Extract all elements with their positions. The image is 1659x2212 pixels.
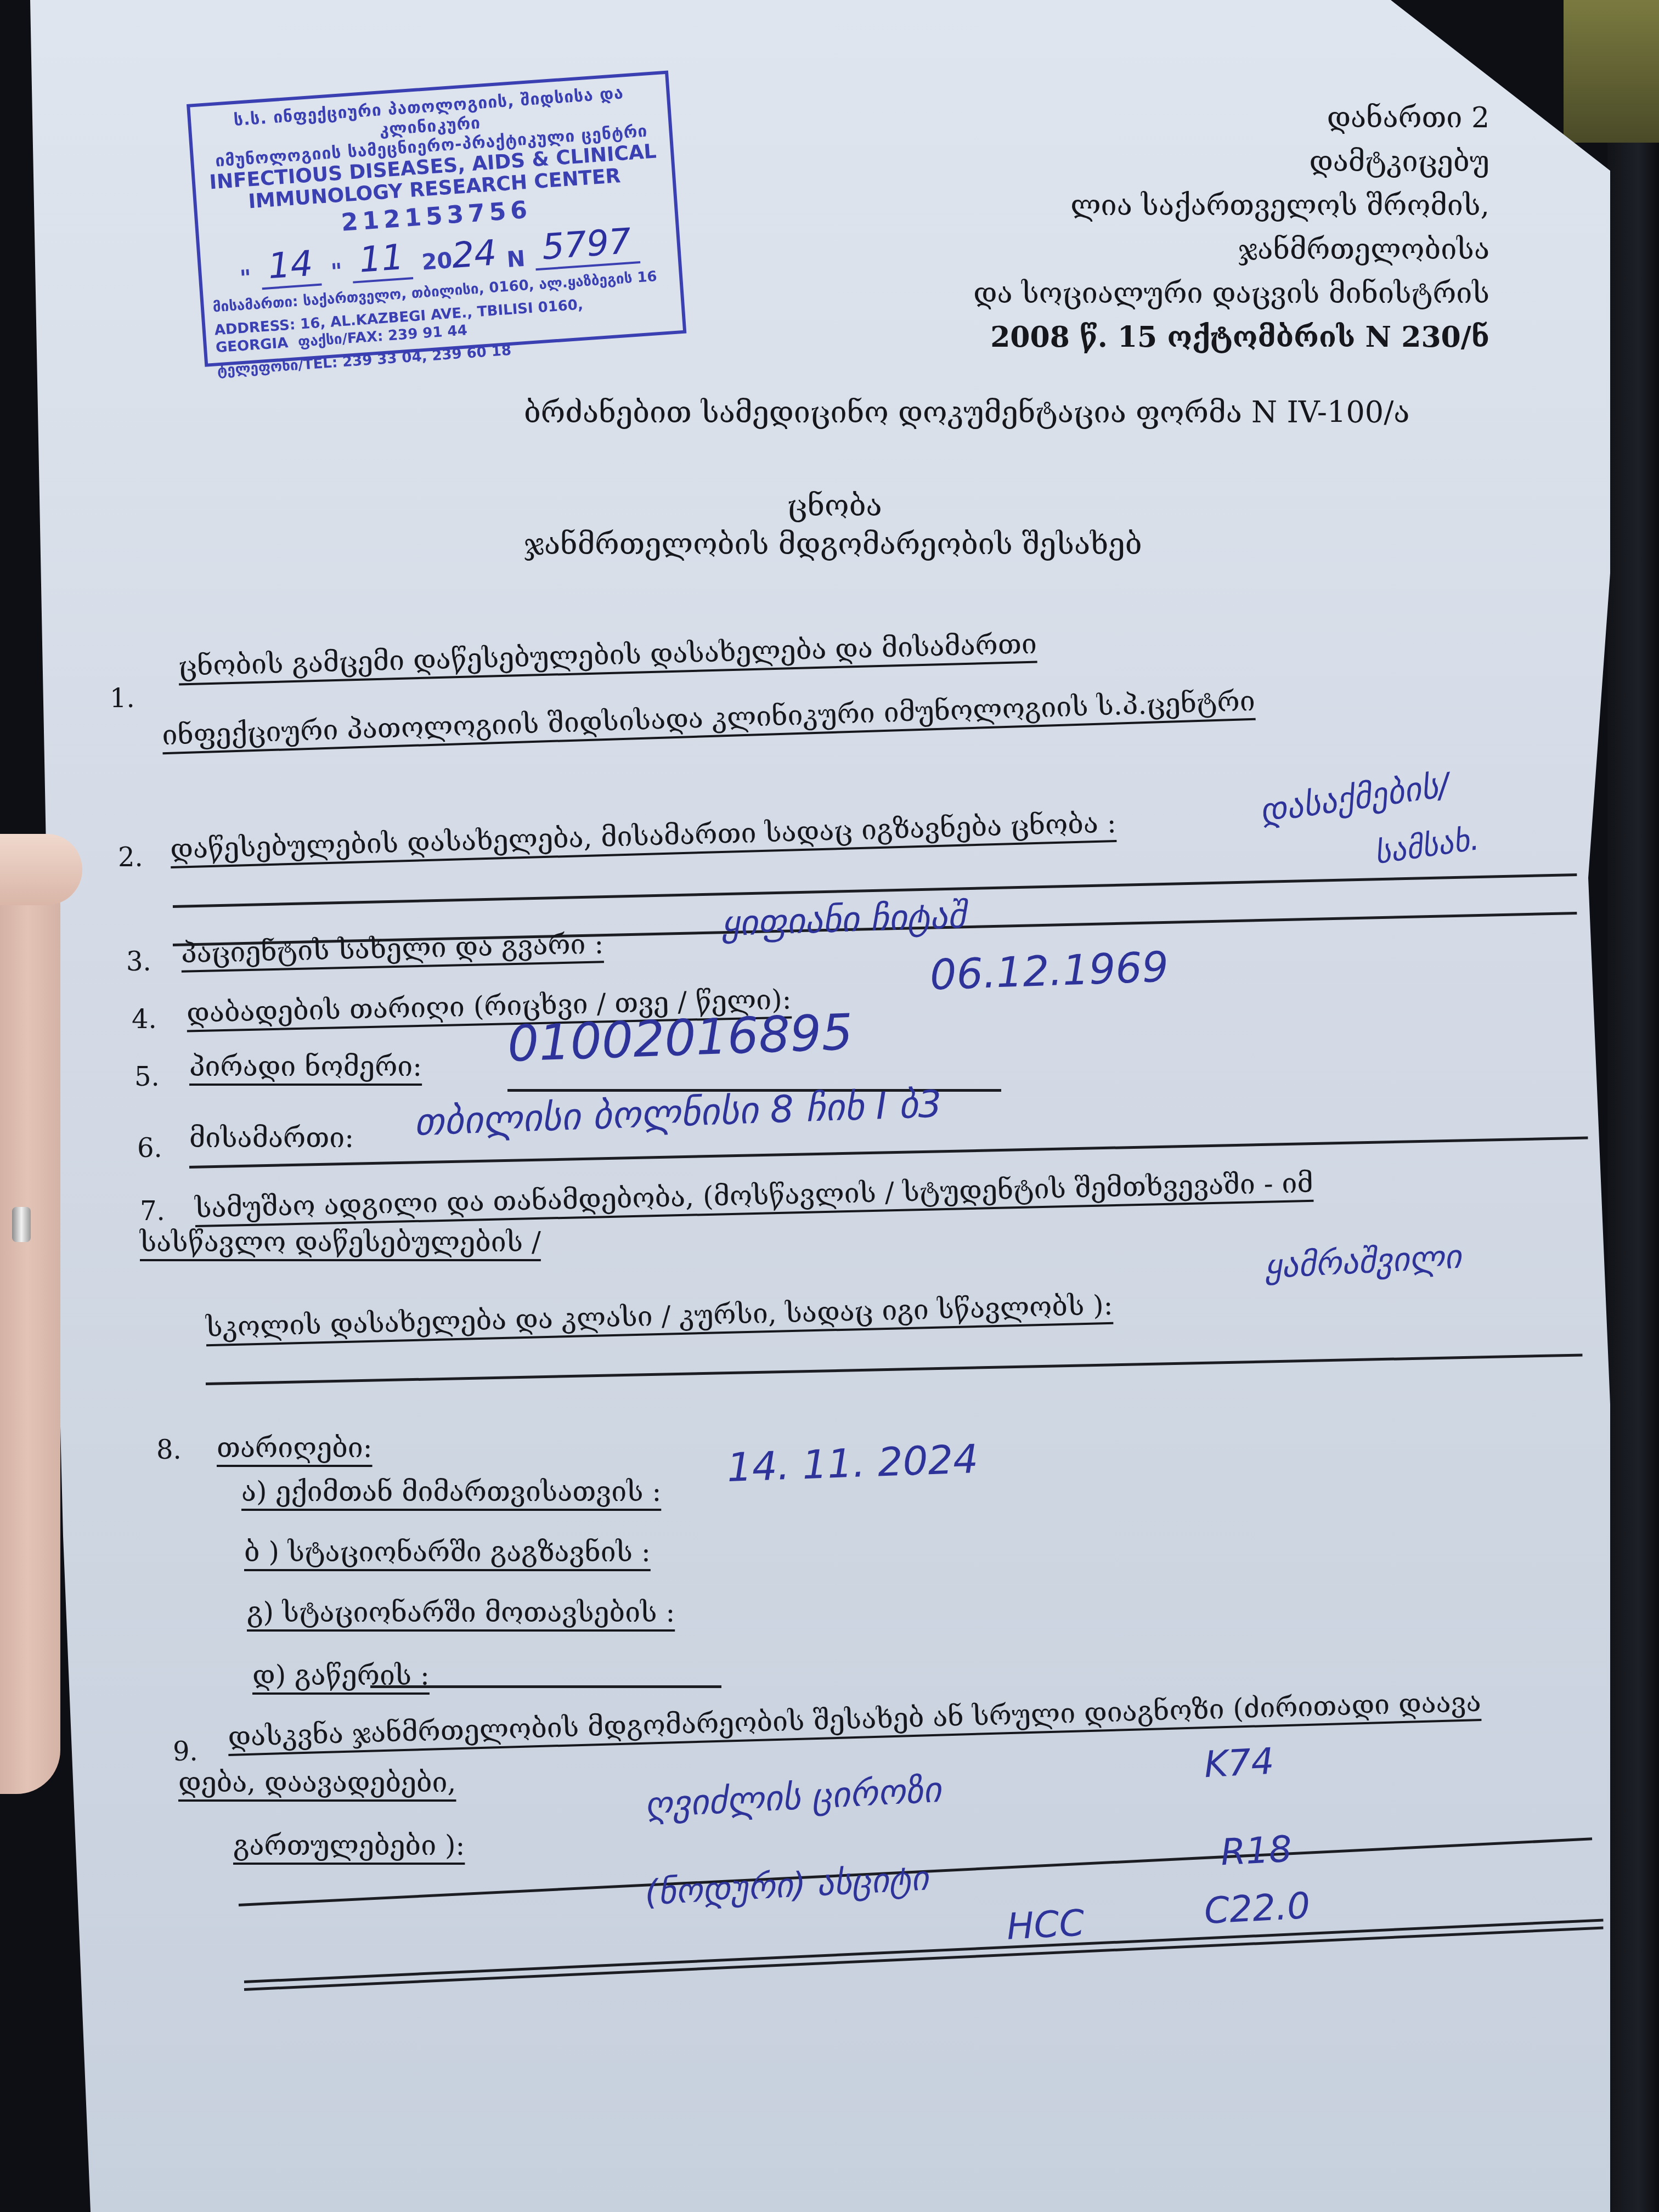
item-2-value-line1: დასაქმების/: [1257, 766, 1452, 831]
item-number: 7.: [140, 1196, 165, 1227]
workplace: ყამრაშვილი: [1263, 1238, 1462, 1286]
diagnosis-2-text: (ნოდური) ასციტი: [644, 1858, 929, 1913]
diagnosis-3-text: HCC: [1006, 1901, 1086, 1948]
item-8-label: თარიღები:: [217, 1432, 373, 1464]
date-admission-label: გ) სტაციონარში მოთავსების :: [247, 1596, 675, 1628]
item-number: 8.: [156, 1435, 182, 1465]
rule-line: [370, 1685, 721, 1688]
background-foliage: [1564, 0, 1659, 143]
item-9-label-3: გართულებები ):: [233, 1830, 465, 1861]
order-reference: 2008 წ. 15 ოქტომბრის N 230/ნ: [973, 315, 1489, 359]
item-5-label: პირადი ნომერი:: [189, 1051, 422, 1082]
finger-ring: [12, 1207, 31, 1242]
item-number: 9.: [173, 1736, 198, 1767]
document-title: ცნობა: [787, 488, 882, 523]
item-3-label: პაციენტის სახელი და გვარი :: [180, 928, 603, 969]
item-1-label: ცნობის გამცემი დაწესებულების დასახელება …: [178, 628, 1037, 682]
diagnosis-1-code: K74: [1203, 1740, 1275, 1786]
stamp-number: 5797: [533, 221, 640, 270]
stamp-year-suffix: 24: [450, 233, 498, 276]
thumb: [0, 834, 82, 905]
item-1-value: ინფექციური პათოლოგიის შიდსისადა კლინიკურ…: [162, 685, 1256, 752]
approval-line: და სოციალური დაცვის მინისტრის: [973, 272, 1489, 315]
item-number: 1.: [110, 683, 135, 714]
double-rule-line: [244, 1919, 1604, 1983]
date-referral-label: ა) ექიმთან მიმართვისათვის :: [241, 1476, 661, 1508]
item-2-label: დაწესებულების დასახელება, მისამართი სადა…: [170, 807, 1117, 865]
date-hospital-referral-label: ბ ) სტაციონარში გაგზავნის :: [244, 1536, 651, 1568]
item-number: 4.: [132, 1004, 157, 1035]
item-number: 5.: [134, 1062, 160, 1092]
birth-date: 06.12.1969: [929, 942, 1170, 999]
item-number: 6.: [137, 1133, 162, 1164]
patient-name: ყიფიანი ჩიტაშ: [721, 895, 967, 945]
item-7-label-3: სკოლის დასახელება და კლასი / კურსი, სადა…: [206, 1289, 1114, 1343]
item-2-value-line2: სამსახ.: [1372, 821, 1481, 871]
item-number: 2.: [118, 842, 143, 873]
diagnosis-3-code: C22.0: [1203, 1884, 1311, 1932]
personal-id: 01002016895: [506, 1003, 854, 1073]
rule-line: [189, 1137, 1588, 1169]
form-title: ბრძანებით სამედიცინო დოკუმენტაცია ფორმა …: [524, 395, 1410, 430]
document-sheet: ს.ს. ინფექციური პათოლოგიის, შიდსისა და კ…: [30, 0, 1610, 2212]
stamp-number-label: N: [506, 246, 526, 273]
item-7-label-1: სამუშაო ადგილი და თანამდებობა, (მოსწავლი…: [195, 1167, 1314, 1224]
patient-address: თბილისი ბოლნისი 8 ჩიხ I ბ3: [414, 1082, 943, 1144]
date-referral-value: 14. 11. 2024: [726, 1436, 979, 1491]
item-number: 3.: [126, 946, 151, 977]
item-9-label-1: დასკვნა ჯანმრთელობის მდგომარეობის შესახე…: [228, 1686, 1482, 1753]
item-7-label-2: სასწავლო დაწესებულების /: [140, 1226, 541, 1258]
rule-line: [206, 1353, 1583, 1385]
annex-number: დანართი 2: [973, 96, 1489, 140]
document-subtitle: ჯანმრთელობის მდგომარეობის შესახებ: [524, 527, 1142, 561]
stamp-date-day: 14: [259, 243, 322, 290]
approval-block: დანართი 2 დამტკიცებუ ლია საქართველოს შრო…: [973, 96, 1489, 359]
approval-line: ჯანმრთელობისა: [973, 228, 1489, 272]
holding-hand: [0, 861, 60, 1794]
institution-stamp: ს.ს. ინფექციური პათოლოგიის, შიდსისა და კ…: [187, 71, 686, 367]
background-car-interior: [1607, 143, 1659, 2212]
item-9-label-2: დება, დაავადებები,: [178, 1767, 456, 1798]
diagnosis-2-code: R18: [1220, 1828, 1293, 1874]
stamp-year-prefix: 20: [421, 248, 453, 275]
item-6-label: მისამართი:: [189, 1122, 354, 1154]
diagnosis-1-text: ღვიძლის ციროზი: [644, 1770, 942, 1826]
approval-line: დამტკიცებუ: [973, 140, 1489, 184]
approval-line: ლია საქართველოს შრომის,: [973, 184, 1489, 228]
double-rule-line: [244, 1927, 1604, 1991]
stamp-date-month: 11: [350, 236, 413, 283]
